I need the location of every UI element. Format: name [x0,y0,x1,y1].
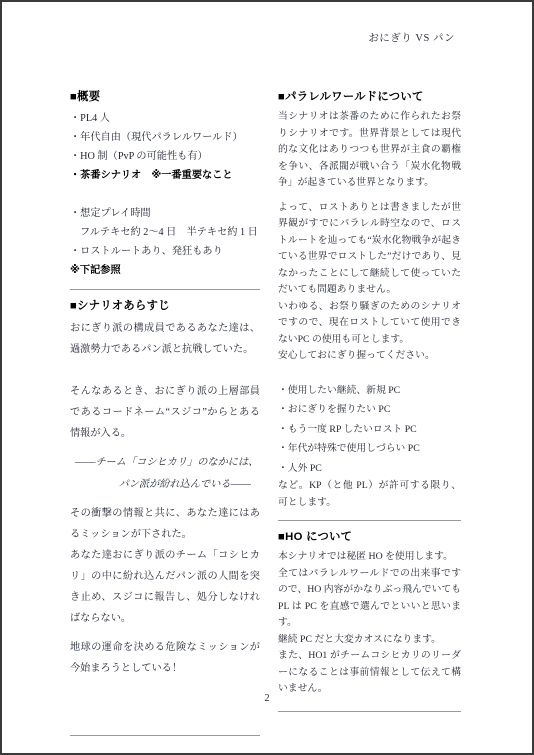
column-bottom-rule [278,711,461,712]
spacer [278,365,461,381]
spacer [70,444,260,452]
synopsis-paragraph: 地球の運命を決める危険なミッションが今始まろうとしている！ [70,637,260,679]
overview-bullet: ・PL4 人 [70,109,260,128]
play-time-line: ・想定プレイ時間 [70,204,260,223]
pc-list-item: ・人外 PC [278,459,461,479]
ho-paragraph: 継続 PC だと大変カオスになります。 [278,632,461,649]
pc-list-item: ・おにぎりを握りたい PC [278,400,461,420]
page-number: 2 [2,693,532,704]
ho-paragraph: 本シナリオでは秘匿 HO を使用します。 [278,549,461,566]
lost-route-line: ・ロストルートあり、発狂もあり [70,242,260,261]
overview-bullet-important: ・茶番シナリオ ※一番重要なこと [70,166,260,185]
spacer [278,192,461,200]
ho-heading: ■HO について [278,528,461,547]
overview-bullet: ・年代自由（現代パラレルワールド） [70,128,260,147]
overview-bullet: ・HO 制（PvP の可能性も有） [70,147,260,166]
right-column: ■パラレルワールドについて 当シナリオは茶番のために作られたお祭りシナリオです。… [278,88,461,743]
spacer [70,185,260,204]
column-bottom-rule [70,735,260,736]
pc-list-item: ・もう一度 RP したいロスト PC [278,420,461,440]
spacer [70,495,260,503]
parallel-paragraph: よって、ロストありとは書きましたが世界観がすでにパラレル時空なので、ロストルート… [278,200,461,299]
synopsis-paragraph: その衝撃の情報と共に、あなた達にはあるミッションが下された。 [70,503,260,545]
synopsis-paragraph: あなた達おにぎり派のチーム「コシヒカリ」の中に紛れ込んだパン派の人間を突き止め、… [70,545,260,629]
parallel-paragraph: いわゆる、お祭り騒ぎのためのシナリオですので、現在ロストしていて使用できないPC… [278,299,461,349]
spacer [70,360,260,381]
synopsis-quote-line2: パン派が紛れ込んでいる―― [70,474,260,496]
pc-list-item: ・年代が特殊で使用しづらい PC [278,439,461,459]
ho-paragraph: 全てはパラレルワールドでの出来事ですので、HO 内容がかなりぶっ飛んでいてもPL… [278,566,461,632]
synopsis-heading: ■シナリオあらすじ [70,297,260,316]
two-column-layout: ■概要 ・PL4 人 ・年代自由（現代パラレルワールド） ・HO 制（PvP の… [70,88,461,743]
parallel-paragraph: など。KP（と他 PL）が許可する限り、可とします。 [278,478,461,511]
document-page: おにぎり VS パン ■概要 ・PL4 人 ・年代自由（現代パラレルワールド） … [0,0,534,755]
spacer [70,629,260,637]
page-header-title: おにぎり VS パン [368,30,455,45]
play-time-detail: フルテキセ約 2～4 日 半テキセ約 1 日 [70,223,260,242]
ho-paragraph: また、HO1 がチームコシヒカリのリーダーになることは事前情報として伝えて構いま… [278,648,461,698]
left-column: ■概要 ・PL4 人 ・年代自由（現代パラレルワールド） ・HO 制（PvP の… [70,88,260,743]
section-divider [70,289,260,290]
synopsis-paragraph: おにぎり派の構成員であるあなた達は、過激勢力であるパン派と抗戦していた。 [70,318,260,360]
parallel-paragraph: 当シナリオは茶番のために作られたお祭りシナリオです。世界背景としては現代的な文化… [278,109,461,192]
section-divider [278,520,461,521]
parallel-world-heading: ■パラレルワールドについて [278,88,461,107]
see-below-note: ※下記参照 [70,261,260,280]
pc-list-item: ・使用したい継続、新規 PC [278,381,461,401]
synopsis-paragraph: そんなあるとき、おにぎり派の上層部員であるコードネーム“スジコ”からとある情報が… [70,381,260,444]
overview-heading: ■概要 [70,88,260,107]
synopsis-quote-line1: ――チーム「コシヒカリ」のなかには、 [70,452,260,474]
parallel-paragraph: 安心しておにぎり握ってください。 [278,348,461,365]
